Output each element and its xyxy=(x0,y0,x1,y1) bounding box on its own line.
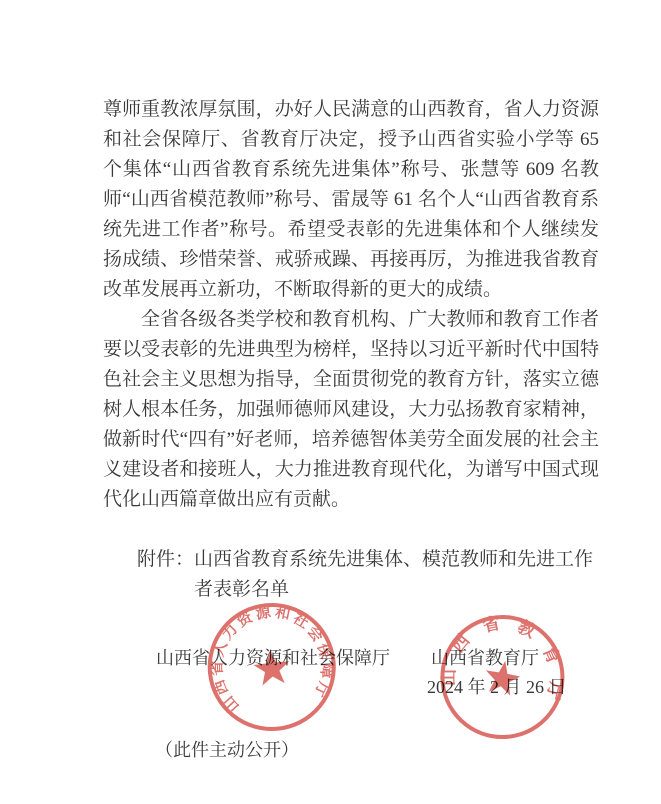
body-paragraph-1: 尊师重教浓厚氛围，办好人民满意的山西教育，省人力资源和社会保障厅、省教育厅决定，… xyxy=(103,95,599,305)
star-icon xyxy=(482,658,522,697)
body-paragraph-2: 全省各级各类学校和教育机构、广大教师和教育工作者要以受表彰的先进典型为榜样，坚持… xyxy=(103,305,599,515)
attachment-label: 附件： xyxy=(137,545,194,605)
official-seal-icon: 山西省教育厅 xyxy=(427,602,578,753)
attachment-text: 山西省教育系统先进集体、模范教师和先进工作者表彰名单 xyxy=(194,545,599,605)
document-body: 尊师重教浓厚氛围，办好人民满意的山西教育，省人力资源和社会保障厅、省教育厅决定，… xyxy=(103,95,599,605)
star-icon xyxy=(252,648,292,686)
seal-right-education-department: 山西省教育厅 xyxy=(426,602,577,758)
attachment-line: 附件： 山西省教育系统先进集体、模范教师和先进工作者表彰名单 xyxy=(137,545,599,605)
seal-left-hr-department: 山西省人力资源和社会保障厅 xyxy=(197,592,347,746)
document-page: 尊师重教浓厚氛围，办好人民满意的山西教育，省人力资源和社会保障厅、省教育厅决定，… xyxy=(0,0,661,804)
official-seal-icon: 山西省人力资源和社会保障厅 xyxy=(197,592,346,741)
